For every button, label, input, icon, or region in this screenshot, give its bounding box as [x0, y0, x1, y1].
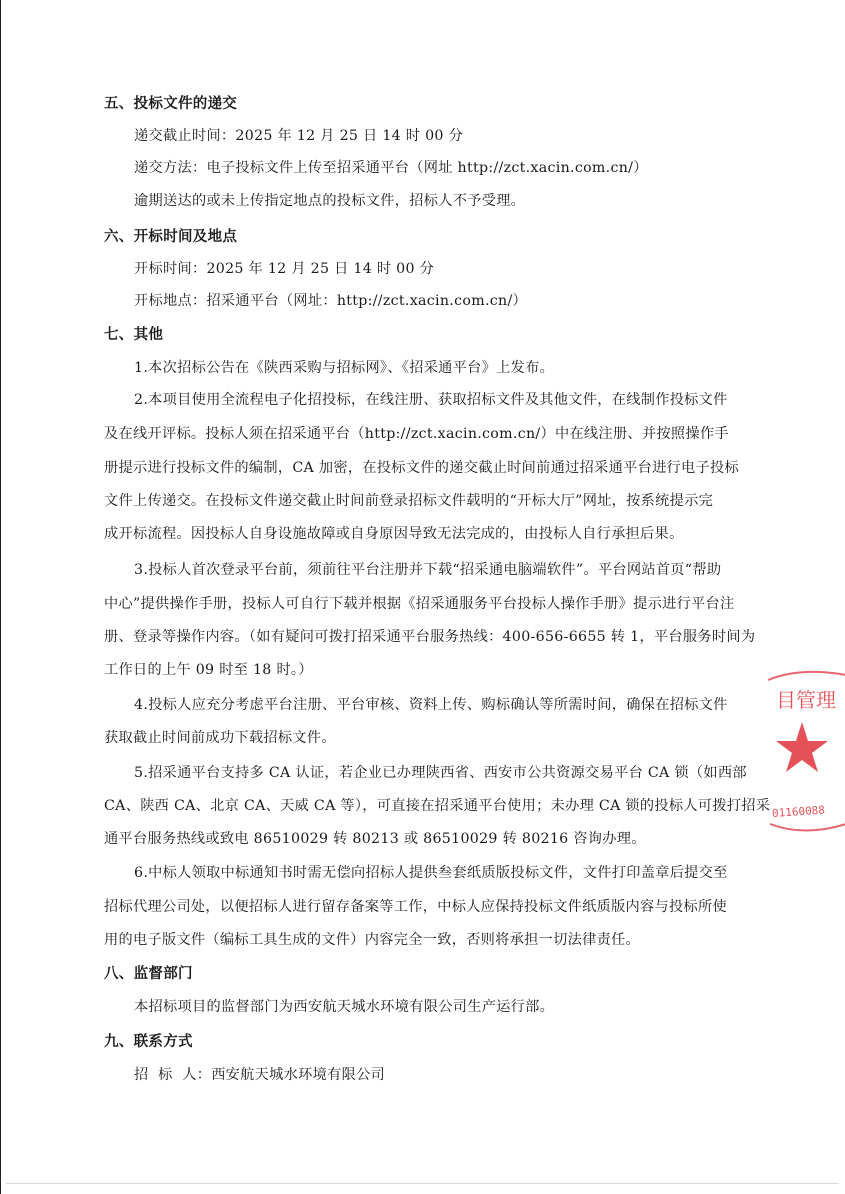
section-heading-supervision: 八、监督部门	[104, 965, 193, 983]
other-item-5-line-2: CA、陕西 CA、北京 CA、天威 CA 等），可直接在招采通平台使用；未办理 …	[104, 797, 770, 815]
other-item-6-line-3: 用的电子版文件（编标工具生成的文件）内容完全一致，否则将承担一切法律责任。	[104, 931, 640, 949]
seal-text-top: 目管理	[776, 688, 836, 712]
other-item-2-line-2: 及在线开评标。投标人须在招采通平台（http://zct.xacin.com.c…	[104, 425, 729, 443]
other-item-3-line-2: 中心”提供操作手册，投标人可自行下载并根据《招采通服务平台投标人操作手册》提示进…	[104, 595, 735, 613]
other-item-3-line-3: 册、登录等操作内容。（如有疑问可拨打招采通平台服务热线：400-656-6655…	[104, 628, 755, 646]
section-heading-other: 七、其他	[104, 326, 163, 344]
other-item-1: 1.本次招标公告在《陕西采购与招标网》、《招采通平台》上发布。	[134, 359, 554, 377]
other-item-3-line-1: 3.投标人首次登录平台前，须前往平台注册并下载“招采通电脑端软件”。平台网站首页…	[134, 561, 721, 579]
contact-tenderer: 招 标 人：西安航天城水环境有限公司	[134, 1066, 385, 1084]
section-heading-opening: 六、开标时间及地点	[104, 228, 237, 246]
seal-star-icon	[776, 722, 828, 772]
other-item-5-line-3: 通平台服务热线或致电 86510029 转 80213 或 86510029 转…	[104, 830, 646, 848]
section-heading-submission: 五、投标文件的递交	[104, 95, 237, 113]
opening-time: 开标时间：2025 年 12 月 25 日 14 时 00 分	[134, 260, 434, 278]
section-heading-contact: 九、联系方式	[104, 1033, 193, 1051]
submission-method: 递交方法：电子投标文件上传至招采通平台（网址 http://zct.xacin.…	[134, 159, 648, 177]
supervision-department: 本招标项目的监督部门为西安航天城水环境有限公司生产运行部。	[134, 998, 554, 1016]
other-item-3-line-4: 工作日的上午 09 时至 18 时。）	[104, 661, 313, 679]
other-item-6-line-2: 招标代理公司处，以便招标人进行留存备案等工作，中标人应保持投标文件纸质版内容与投…	[104, 898, 727, 916]
other-item-2-line-3: 册提示进行投标文件的编制，CA 加密，在投标文件的递交截止时间前通过招采通平台进…	[104, 459, 739, 477]
other-item-6-line-1: 6.中标人领取中标通知书时需无偿向招标人提供叁套纸质版投标文件，文件打印盖章后提…	[134, 864, 728, 882]
other-item-4-line-2: 获取截止时间前成功下载招标文件。	[104, 729, 336, 747]
other-item-2-line-5: 成开标流程。因投标人自身设施故障或自身原因导致无法完成的，由投标人自行承担后果。	[104, 525, 684, 543]
other-item-2-line-4: 文件上传递交。在投标文件递交截止时间前登录招标文件载明的“开标大厅”网址，按系统…	[104, 492, 713, 510]
document-page: 五、投标文件的递交 递交截止时间：2025 年 12 月 25 日 14 时 0…	[0, 0, 845, 1194]
other-item-2-line-1: 2.本项目使用全流程电子化招投标，在线注册、获取招标文件及其他文件，在线制作投标…	[134, 391, 728, 409]
page-bottom-rule	[6, 1183, 839, 1184]
seal-text-bottom: 01160088	[772, 803, 826, 820]
official-seal-stamp: 目管理 01160088	[762, 662, 845, 842]
late-submission-note: 逾期送达的或未上传指定地点的投标文件，招标人不予受理。	[134, 192, 525, 210]
other-item-5-line-1: 5.招采通平台支持多 CA 认证，若企业已办理陕西省、西安市公共资源交易平台 C…	[134, 764, 747, 782]
other-item-4-line-1: 4.投标人应充分考虑平台注册、平台审核、资料上传、购标确认等所需时间，确保在招标…	[134, 696, 728, 714]
opening-location: 开标地点：招采通平台（网址：http://zct.xacin.com.cn/）	[134, 292, 527, 310]
submission-deadline: 递交截止时间：2025 年 12 月 25 日 14 时 00 分	[134, 127, 463, 145]
